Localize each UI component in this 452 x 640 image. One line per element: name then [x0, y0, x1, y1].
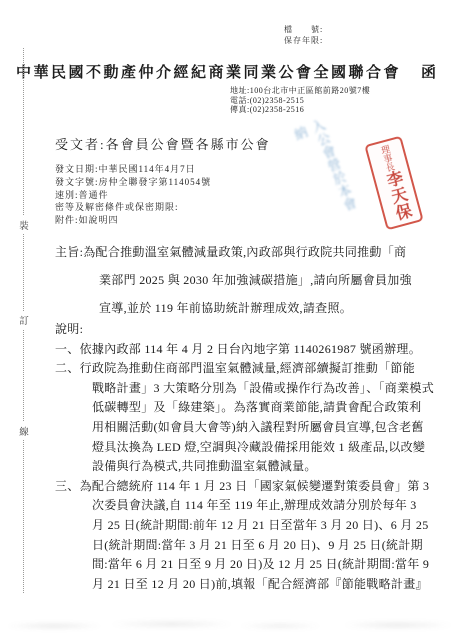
file-number-label: 檔 號:	[284, 24, 323, 35]
scan-smudge-artifact	[0, 616, 452, 634]
priority-line: 速別:普通件	[55, 189, 211, 202]
description-line: 戰略計畫」3 大策略分別為「設備或操作行為改善」、「商業模式	[92, 379, 452, 399]
description-line: 間:當年 6 月 21 日至 9 月 20 日)及 12 月 25 日(統計期間…	[92, 555, 452, 575]
description-section: 說明: 一、依據內政部 114 年 4 月 2 日台內地字第 114026198…	[0, 320, 452, 594]
document-type: 函	[421, 65, 436, 81]
seal-name: 李天保	[380, 168, 415, 223]
description-line: 用相關活動(如會員大會等)納入議程對所屬會員宣導,包含老舊	[92, 418, 452, 438]
document-meta-block: 發文日期:中華民國114年4月7日 發文字號:房仲全聯發字第114054號 速別…	[55, 163, 211, 227]
description-line: 低碳轉型」及「綠建築」。為落實商業節能,請貴會配合政策利	[92, 398, 452, 418]
description-line: 日(統計期間:當年 3 月 21 日至 6 月 20 日)、9 月 25 日(統…	[92, 536, 452, 556]
retention-period-label: 保存年限:	[284, 35, 323, 46]
binding-mark-xian: 線	[17, 422, 31, 440]
description-heading: 說明:	[55, 320, 452, 340]
description-line: 燈具汰換為 LED 燈,空調與冷藏設備採用能效 1 級產品,以改變	[92, 438, 452, 458]
security-classification-line: 密等及解密條件或保密期限:	[55, 201, 211, 214]
description-line: 二、行政院為推動住商部門溫室氣體減量,經濟部續擬訂推動「節能	[55, 359, 452, 379]
sender-contact-block: 地址:100台北市中正區館前路20號7樓 電話:(02)2358-2515 傳真…	[230, 86, 370, 115]
subject-paragraph: 主旨:為配合推動溫室氣體減量政策,內政部與行政院共同推動「商 業部門 2025 …	[0, 238, 452, 322]
handwritten-blue-ink-mark: 入公會營於本會納	[289, 117, 362, 224]
sender-phone: 電話:(02)2358-2515	[230, 96, 370, 106]
description-line: 一、依據內政部 114 年 4 月 2 日台內地字第 1140261987 號函…	[55, 340, 452, 360]
sender-address: 地址:100台北市中正區館前路20號7樓	[230, 86, 370, 96]
sender-fax: 傳真:(02)2358-2516	[230, 105, 370, 115]
subject-line: 宣導,並於 119 年前協助統計辦理成效,請查照。	[99, 294, 452, 322]
description-line: 三、為配合總統府 114 年 1 月 23 日「國家氣候變遷對策委員會」第 3	[55, 477, 452, 497]
scanned-official-letter: 檔 號: 保存年限: 中華民國不動產仲介經紀商業同業公會全國聯合會函 地址:10…	[0, 0, 452, 640]
recipient-line: 受文者:各會員公會暨各縣市公會	[55, 134, 271, 153]
seal-title: 理事長	[379, 144, 396, 173]
binding-mark-ding: 訂	[17, 311, 31, 329]
attachment-line: 附件:如說明四	[55, 214, 211, 227]
document-number-line: 發文字號:房仲全聯發字第114054號	[55, 176, 211, 189]
binding-mark-zhuang: 裝	[17, 216, 31, 234]
subject-line: 主旨:為配合推動溫室氣體減量政策,內政部與行政院共同推動「商	[55, 238, 452, 266]
organization-name: 中華民國不動產仲介經紀商業同業公會全國聯合會	[16, 65, 401, 81]
description-line: 次委員會決議,自 114 年至 119 年止,辦理成效請分別於每年 3	[92, 496, 452, 516]
letter-title: 中華民國不動產仲介經紀商業同業公會全國聯合會函	[0, 61, 452, 82]
subject-line: 業部門 2025 與 2030 年加強減碳措施」,請向所屬會員加強	[99, 266, 452, 294]
description-line: 月 25 日(統計期間:前年 12 月 21 日至當年 3 月 20 日)、6 …	[92, 516, 452, 536]
chairman-red-seal: 理事長 李天保	[364, 136, 423, 231]
archive-labels: 檔 號: 保存年限:	[284, 24, 323, 46]
issue-date-line: 發文日期:中華民國114年4月7日	[55, 163, 211, 176]
description-line: 月 21 日至 12 月 20 日)前,填報「配合經濟部『節能戰略計畫』	[92, 575, 452, 595]
description-line: 設備與行為模式,共同推動溫室氣體減量。	[92, 457, 452, 477]
